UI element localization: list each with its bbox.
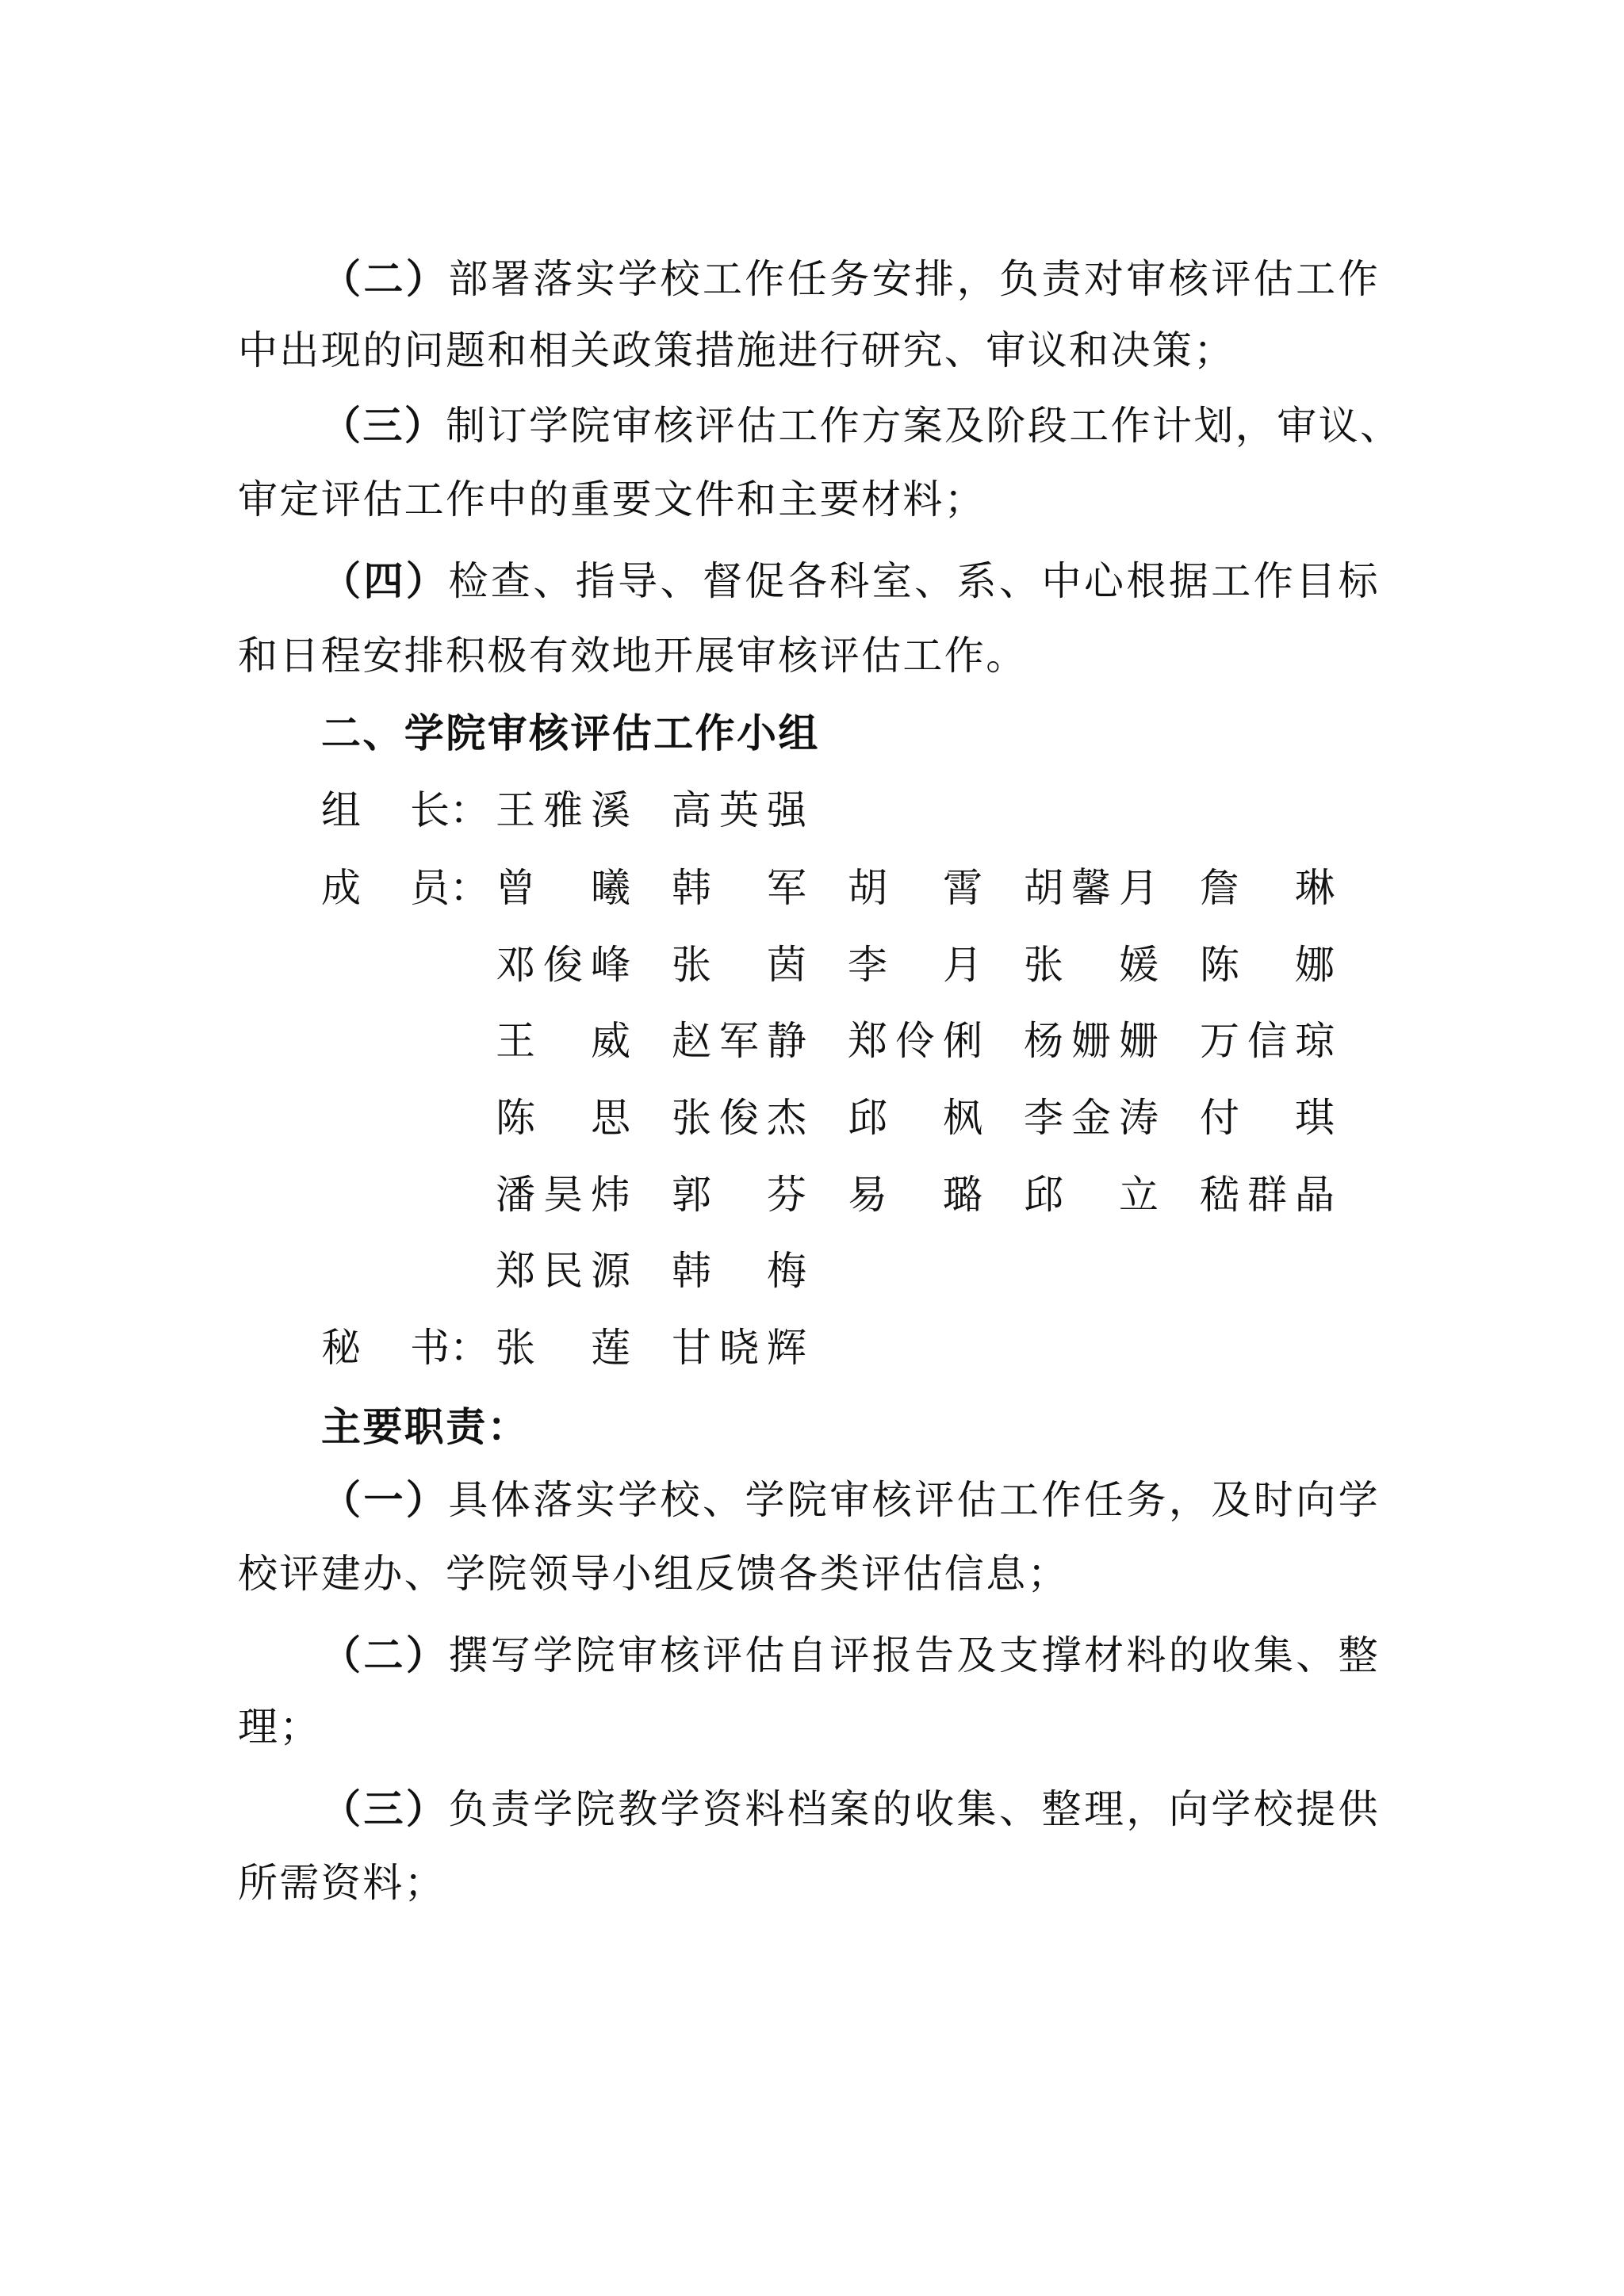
person-name: 赵军静 (672, 1017, 806, 1065)
person-name: 易 璐 (848, 1171, 982, 1219)
duty-text: 负责学院教学资料档案的收集、整理，向学校提供 (448, 1786, 1380, 1832)
section-heading: 二、学院审核评估工作小组 (321, 710, 820, 757)
person-name: 嵇群晶 (1200, 1171, 1335, 1219)
person-name: 万信琼 (1200, 1017, 1335, 1065)
duty-item-4-line2: 和日程安排积极有效地开展审核评估工作。 (238, 632, 1028, 679)
person-name: 张 媛 (1024, 941, 1159, 989)
person-name: 付 琪 (1200, 1094, 1335, 1142)
duty-item-2-line1: （二）部署落实学校工作任务安排，负责对审核评估工作 (321, 255, 1380, 303)
duty-text: 检查、指导、督促各科室、系、中心根据工作目标 (448, 558, 1380, 604)
person-name: 王雅溪 (496, 786, 630, 834)
group-duty-1-line2: 校评建办、学院领导小组反馈各类评估信息； (238, 1550, 1069, 1598)
person-name: 张俊杰 (672, 1094, 806, 1142)
person-name: 胡 霄 (848, 864, 982, 912)
duty-marker: （一） (321, 1477, 448, 1523)
person-name: 邓俊峰 (496, 941, 630, 989)
person-name: 高英强 (672, 786, 806, 834)
group-duty-2-line2: 理； (238, 1703, 321, 1751)
duty-item-2-line2: 中出现的问题和相关政策措施进行研究、审议和决策； (238, 327, 1235, 374)
duty-marker: （三） (321, 403, 446, 449)
person-name: 郑民源 (496, 1247, 630, 1295)
group-duty-3-line2: 所需资料； (238, 1859, 446, 1907)
group-duty-2-line1: （二）撰写学院审核评估自评报告及支撑材料的收集、整 (321, 1632, 1380, 1679)
group-duty-3-line1: （三）负责学院教学资料档案的收集、整理，向学校提供 (321, 1785, 1380, 1833)
duty-marker: （二） (321, 1632, 448, 1678)
duties-heading: 主要职责： (321, 1403, 529, 1451)
duty-marker: （二） (321, 256, 448, 302)
duty-text: 部署落实学校工作任务安排，负责对审核评估工作 (448, 256, 1380, 302)
duty-text: 制订学院审核评估工作方案及阶段工作计划，审议、 (446, 403, 1401, 449)
document-page: （二）部署落实学校工作任务安排，负责对审核评估工作 中出现的问题和相关政策措施进… (0, 0, 1624, 2296)
person-name: 邱 枫 (848, 1094, 982, 1142)
person-name: 胡馨月 (1024, 864, 1159, 912)
group-duty-1-line1: （一）具体落实学校、学院审核评估工作任务，及时向学 (321, 1476, 1380, 1524)
person-name: 邱 立 (1024, 1171, 1159, 1219)
duty-marker: （四） (321, 558, 448, 604)
person-name: 张 茵 (672, 941, 806, 989)
duty-item-3-line2: 审定评估工作中的重要文件和主要材料； (238, 476, 986, 523)
person-name: 韩 梅 (672, 1247, 806, 1295)
person-name: 张 莲 (496, 1324, 630, 1372)
person-name: 甘晓辉 (672, 1324, 806, 1372)
person-name: 李 月 (848, 941, 982, 989)
duty-text: 撰写学院审核评估自评报告及支撑材料的收集、整 (448, 1632, 1380, 1678)
person-name: 韩 军 (672, 864, 806, 912)
duty-text: 具体落实学校、学院审核评估工作任务，及时向学 (448, 1477, 1380, 1523)
person-name: 郭 芬 (672, 1171, 806, 1219)
person-name: 李金涛 (1024, 1094, 1159, 1142)
duty-item-4-line1: （四）检查、指导、督促各科室、系、中心根据工作目标 (321, 557, 1380, 605)
person-name: 陈 娜 (1200, 941, 1335, 989)
person-name: 曾 曦 (496, 864, 630, 912)
person-name: 詹 琳 (1200, 864, 1335, 912)
person-name: 郑伶俐 (848, 1017, 982, 1065)
duty-marker: （三） (321, 1786, 448, 1832)
duty-item-3-line1: （三）制订学院审核评估工作方案及阶段工作计划，审议、 (321, 402, 1380, 450)
person-name: 杨姗姗 (1024, 1017, 1159, 1065)
person-name: 陈 思 (496, 1094, 630, 1142)
person-name: 潘昊炜 (496, 1171, 630, 1219)
person-name: 王 威 (496, 1017, 630, 1065)
